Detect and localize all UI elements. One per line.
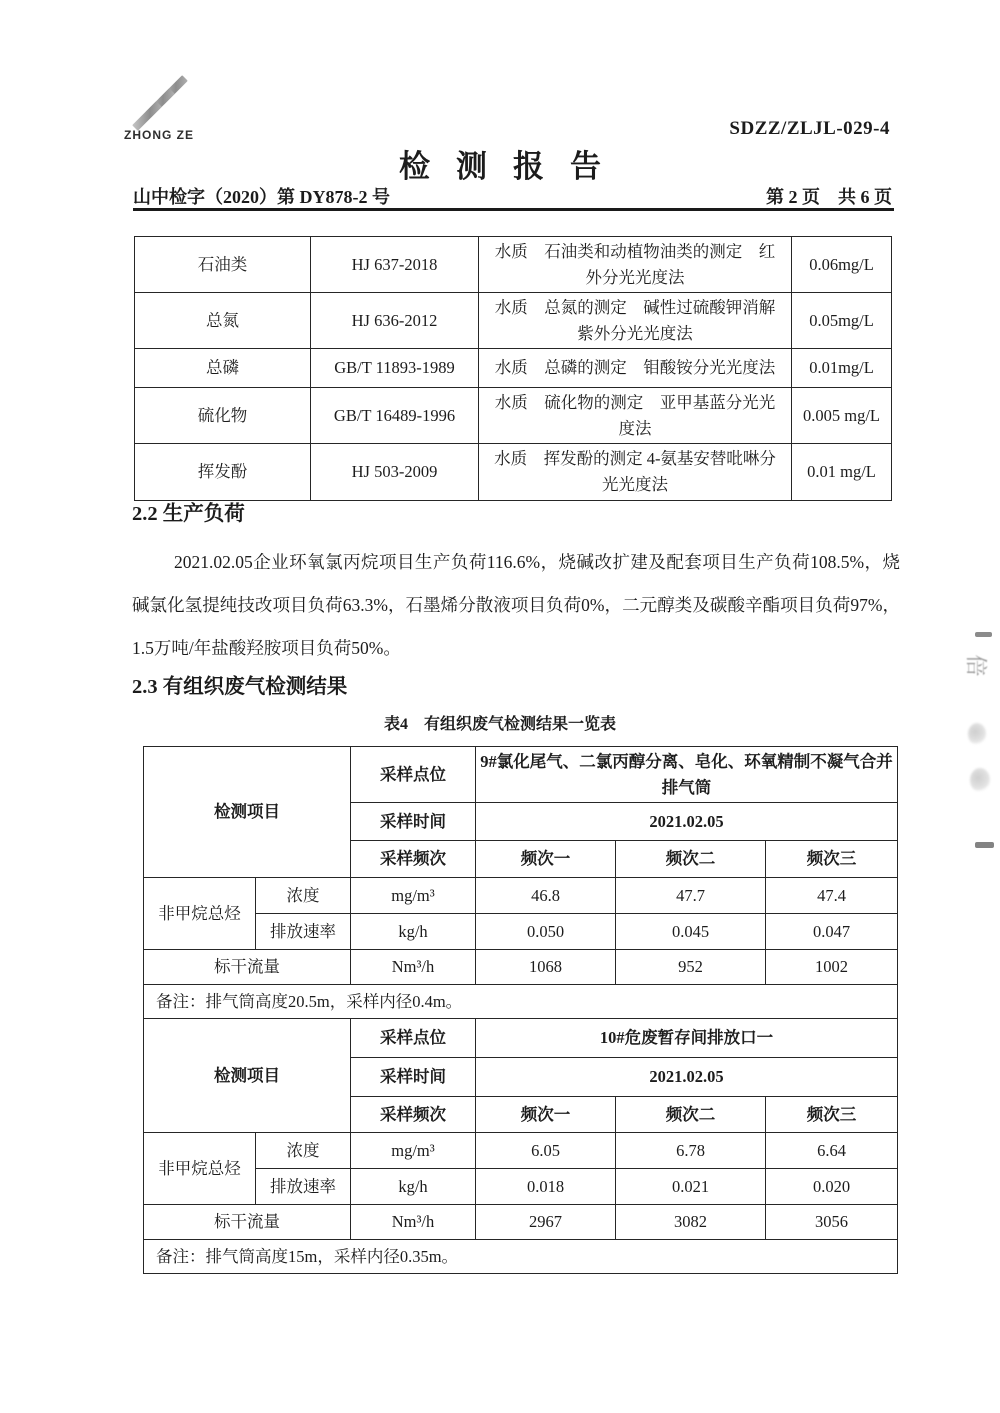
- value-cell: 6.64: [766, 1133, 898, 1169]
- header-rule: [133, 208, 894, 211]
- report-title: 检测报告: [0, 141, 1000, 186]
- value-cell: 0.018: [476, 1169, 616, 1205]
- table-row: 标干流量 Nm³/h 2967 3082 3056: [144, 1205, 898, 1240]
- sampling-time-value: 2021.02.05: [476, 1058, 898, 1097]
- logo-text: ZHONG ZE: [124, 128, 214, 142]
- note-cell: 备注：排气筒高度20.5m，采样内径0.4m。: [144, 985, 898, 1019]
- value-cell: 0.021: [616, 1169, 766, 1205]
- sampling-point-value: 9#氯化尾气、二氯丙醇分离、皂化、环氧精制不凝气合并排气筒: [476, 747, 898, 803]
- unit-cell: kg/h: [351, 1169, 476, 1205]
- logo-stripes-icon: [130, 84, 200, 126]
- value-cell: 47.7: [616, 878, 766, 914]
- value-cell: 1002: [766, 950, 898, 985]
- value-cell: 1068: [476, 950, 616, 985]
- unit-cell: mg/m³: [351, 878, 476, 914]
- frequency-3-header: 频次三: [766, 1097, 898, 1133]
- method-cell: 水质 总氮的测定 碱性过硫酸钾消解紫外分光光度法: [479, 293, 792, 349]
- frequency-label: 采样频次: [351, 841, 476, 878]
- param-cell: 挥发酚: [135, 444, 311, 500]
- emission-rate-label: 排放速率: [256, 1169, 351, 1205]
- value-cell: 0.06mg/L: [792, 237, 892, 293]
- frequency-2-header: 频次二: [616, 1097, 766, 1133]
- water-quality-methods-table: 石油类 HJ 637-2018 水质 石油类和动植物油类的测定 红外分光光度法 …: [134, 236, 892, 501]
- doc-code: SDZZ/ZLJL-029-4: [729, 118, 890, 140]
- table-row: 硫化物 GB/T 16489-1996 水质 硫化物的测定 亚甲基蓝分光光度法 …: [135, 388, 892, 444]
- value-cell: 3082: [616, 1205, 766, 1240]
- table-row: 备注：排气筒高度20.5m，采样内径0.4m。: [144, 985, 898, 1019]
- standard-cell: HJ 636-2012: [311, 293, 479, 349]
- table4-caption: 表4 有组织废气检测结果一览表: [0, 711, 1000, 734]
- value-cell: 0.045: [616, 914, 766, 950]
- value-cell: 0.005 mg/L: [792, 388, 892, 444]
- value-cell: 0.01 mg/L: [792, 444, 892, 500]
- value-cell: 2967: [476, 1205, 616, 1240]
- header-ref-row: 山中检字（2020）第 DY878-2 号 第 2 页 共 6 页: [133, 183, 892, 209]
- value-cell: 0.020: [766, 1169, 898, 1205]
- table-row: 非甲烷总烃 浓度 mg/m³ 46.8 47.7 47.4: [144, 878, 898, 914]
- scan-mark: [975, 842, 994, 848]
- nmhc-label: 非甲烷总烃: [144, 1133, 256, 1205]
- table-row: 排放速率 kg/h 0.050 0.045 0.047: [144, 914, 898, 950]
- sampling-time-label: 采样时间: [351, 803, 476, 841]
- section-2-2-heading: 2.2 生产负荷: [132, 496, 245, 526]
- scan-bleed-character: 倍: [961, 654, 992, 676]
- value-cell: 952: [616, 950, 766, 985]
- sampling-time-label: 采样时间: [351, 1058, 476, 1097]
- report-page: ZHONG ZE SDZZ/ZLJL-029-4 检测报告 山中检字（2020）…: [0, 0, 1000, 1413]
- table-row: 非甲烷总烃 浓度 mg/m³ 6.05 6.78 6.64: [144, 1133, 898, 1169]
- param-cell: 石油类: [135, 237, 311, 293]
- param-cell: 总磷: [135, 349, 311, 388]
- item-header-cell: 检测项目: [144, 1019, 351, 1133]
- table-row: 检测项目 采样点位 9#氯化尾气、二氯丙醇分离、皂化、环氧精制不凝气合并排气筒: [144, 747, 898, 803]
- method-cell: 水质 挥发酚的测定 4-氨基安替吡啉分光光度法: [479, 444, 792, 500]
- unit-cell: mg/m³: [351, 1133, 476, 1169]
- scan-mark: [975, 632, 992, 637]
- unit-cell: Nm³/h: [351, 950, 476, 985]
- production-load-paragraph: 2021.02.05企业环氧氯丙烷项目生产负荷116.6%，烧碱改扩建及配套项目…: [132, 541, 900, 670]
- scan-mark: [970, 768, 990, 792]
- param-cell: 硫化物: [135, 388, 311, 444]
- concentration-label: 浓度: [256, 878, 351, 914]
- value-cell: 6.78: [616, 1133, 766, 1169]
- table-row: 备注：排气筒高度15m，采样内径0.35m。: [144, 1240, 898, 1274]
- value-cell: 0.01mg/L: [792, 349, 892, 388]
- param-cell: 总氮: [135, 293, 311, 349]
- value-cell: 3056: [766, 1205, 898, 1240]
- standard-cell: HJ 637-2018: [311, 237, 479, 293]
- item-header-cell: 检测项目: [144, 747, 351, 878]
- concentration-label: 浓度: [256, 1133, 351, 1169]
- nmhc-label: 非甲烷总烃: [144, 878, 256, 950]
- table-row: 石油类 HJ 637-2018 水质 石油类和动植物油类的测定 红外分光光度法 …: [135, 237, 892, 293]
- section-2-3-heading: 2.3 有组织废气检测结果: [132, 669, 347, 699]
- sampling-point-value: 10#危废暂存间排放口一: [476, 1019, 898, 1058]
- frequency-1-header: 频次一: [476, 1097, 616, 1133]
- unit-cell: Nm³/h: [351, 1205, 476, 1240]
- dry-flow-label: 标干流量: [144, 950, 351, 985]
- note-cell: 备注：排气筒高度15m，采样内径0.35m。: [144, 1240, 898, 1274]
- sampling-point-label: 采样点位: [351, 747, 476, 803]
- standard-cell: GB/T 16489-1996: [311, 388, 479, 444]
- table-row: 挥发酚 HJ 503-2009 水质 挥发酚的测定 4-氨基安替吡啉分光光度法 …: [135, 444, 892, 500]
- zhongze-logo: ZHONG ZE: [124, 84, 214, 146]
- standard-cell: HJ 503-2009: [311, 444, 479, 500]
- page-indicator: 第 2 页 共 6 页: [766, 183, 892, 209]
- table-row: 总磷 GB/T 11893-1989 水质 总磷的测定 钼酸铵分光光度法 0.0…: [135, 349, 892, 388]
- sampling-time-value: 2021.02.05: [476, 803, 898, 841]
- organized-exhaust-results-table: 检测项目 采样点位 9#氯化尾气、二氯丙醇分离、皂化、环氧精制不凝气合并排气筒 …: [143, 746, 898, 1274]
- emission-rate-label: 排放速率: [256, 914, 351, 950]
- value-cell: 0.050: [476, 914, 616, 950]
- value-cell: 47.4: [766, 878, 898, 914]
- table-row: 标干流量 Nm³/h 1068 952 1002: [144, 950, 898, 985]
- table-row: 总氮 HJ 636-2012 水质 总氮的测定 碱性过硫酸钾消解紫外分光光度法 …: [135, 293, 892, 349]
- value-cell: 46.8: [476, 878, 616, 914]
- report-ref-no: 山中检字（2020）第 DY878-2 号: [133, 183, 390, 209]
- dry-flow-label: 标干流量: [144, 1205, 351, 1240]
- value-cell: 0.05mg/L: [792, 293, 892, 349]
- method-cell: 水质 硫化物的测定 亚甲基蓝分光光度法: [479, 388, 792, 444]
- scan-mark: [968, 723, 986, 745]
- frequency-2-header: 频次二: [616, 841, 766, 878]
- sampling-point-label: 采样点位: [351, 1019, 476, 1058]
- standard-cell: GB/T 11893-1989: [311, 349, 479, 388]
- table-row: 排放速率 kg/h 0.018 0.021 0.020: [144, 1169, 898, 1205]
- value-cell: 6.05: [476, 1133, 616, 1169]
- frequency-1-header: 频次一: [476, 841, 616, 878]
- frequency-label: 采样频次: [351, 1097, 476, 1133]
- page-edge-marks: 倍: [955, 628, 1000, 863]
- table-row: 检测项目 采样点位 10#危废暂存间排放口一: [144, 1019, 898, 1058]
- unit-cell: kg/h: [351, 914, 476, 950]
- value-cell: 0.047: [766, 914, 898, 950]
- method-cell: 水质 总磷的测定 钼酸铵分光光度法: [479, 349, 792, 388]
- frequency-3-header: 频次三: [766, 841, 898, 878]
- method-cell: 水质 石油类和动植物油类的测定 红外分光光度法: [479, 237, 792, 293]
